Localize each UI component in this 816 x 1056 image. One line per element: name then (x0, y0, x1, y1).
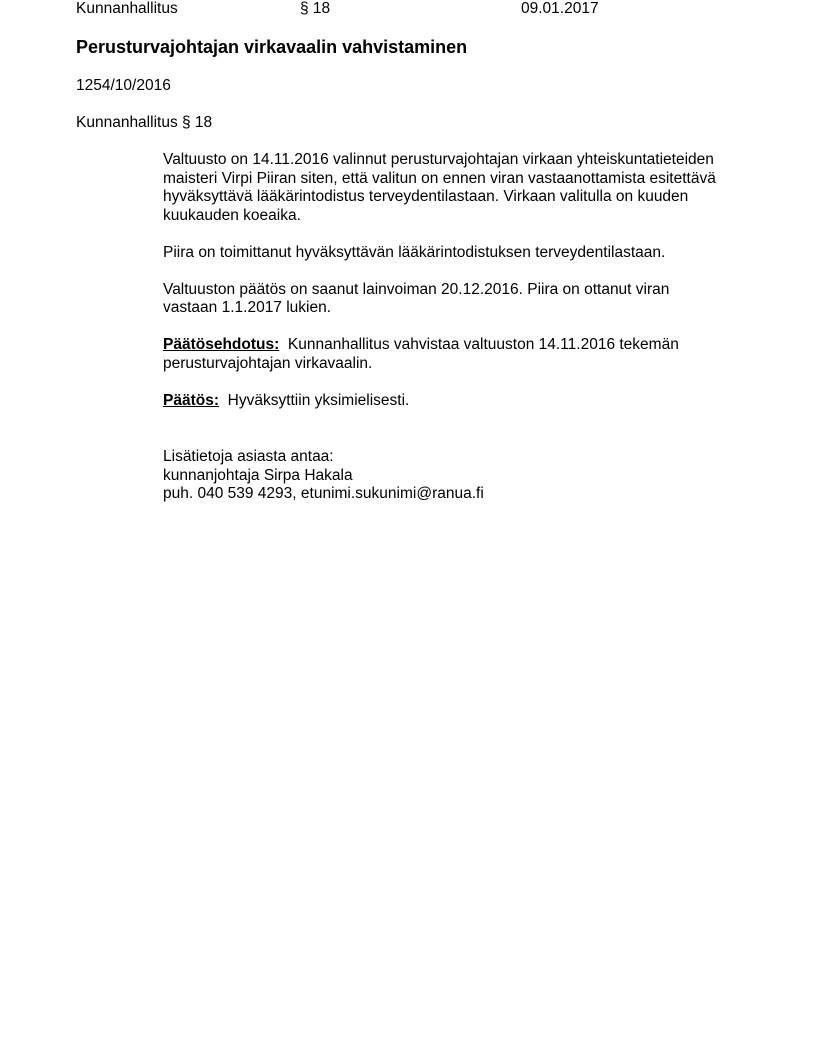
paragraph-appointment: Valtuusto on 14.11.2016 valinnut perustu… (163, 151, 743, 225)
decision-label: Päätös: (163, 392, 219, 409)
header-date: 09.01.2017 (521, 0, 599, 18)
contact-person: kunnanjohtaja Sirpa Hakala (163, 467, 743, 486)
meeting-reference: Kunnanhallitus § 18 (76, 114, 212, 132)
decision-text: Hyväksyttiin yksimielisesti. (228, 392, 410, 409)
header-organ: Kunnanhallitus (76, 0, 178, 18)
paragraph-legal-force: Valtuuston päätös on saanut lainvoiman 2… (163, 281, 723, 318)
decision: Päätös: Hyväksyttiin yksimielisesti. (163, 392, 743, 411)
contact-info: Lisätietoja asiasta antaa: kunnanjohtaja… (163, 448, 743, 504)
contact-details: puh. 040 539 4293, etunimi.sukunimi@ranu… (163, 485, 743, 504)
paragraph-certificate: Piira on toimittanut hyväksyttävän lääkä… (163, 244, 743, 263)
contact-intro: Lisätietoja asiasta antaa: (163, 448, 743, 467)
document-body: Valtuusto on 14.11.2016 valinnut perustu… (163, 151, 743, 429)
proposal-label: Päätösehdotus: (163, 336, 279, 353)
document-title: Perusturvajohtajan virkavaalin vahvistam… (76, 38, 467, 56)
header-section: § 18 (300, 0, 330, 18)
case-number: 1254/10/2016 (76, 77, 171, 95)
proposal: Päätösehdotus: Kunnanhallitus vahvistaa … (163, 336, 743, 373)
